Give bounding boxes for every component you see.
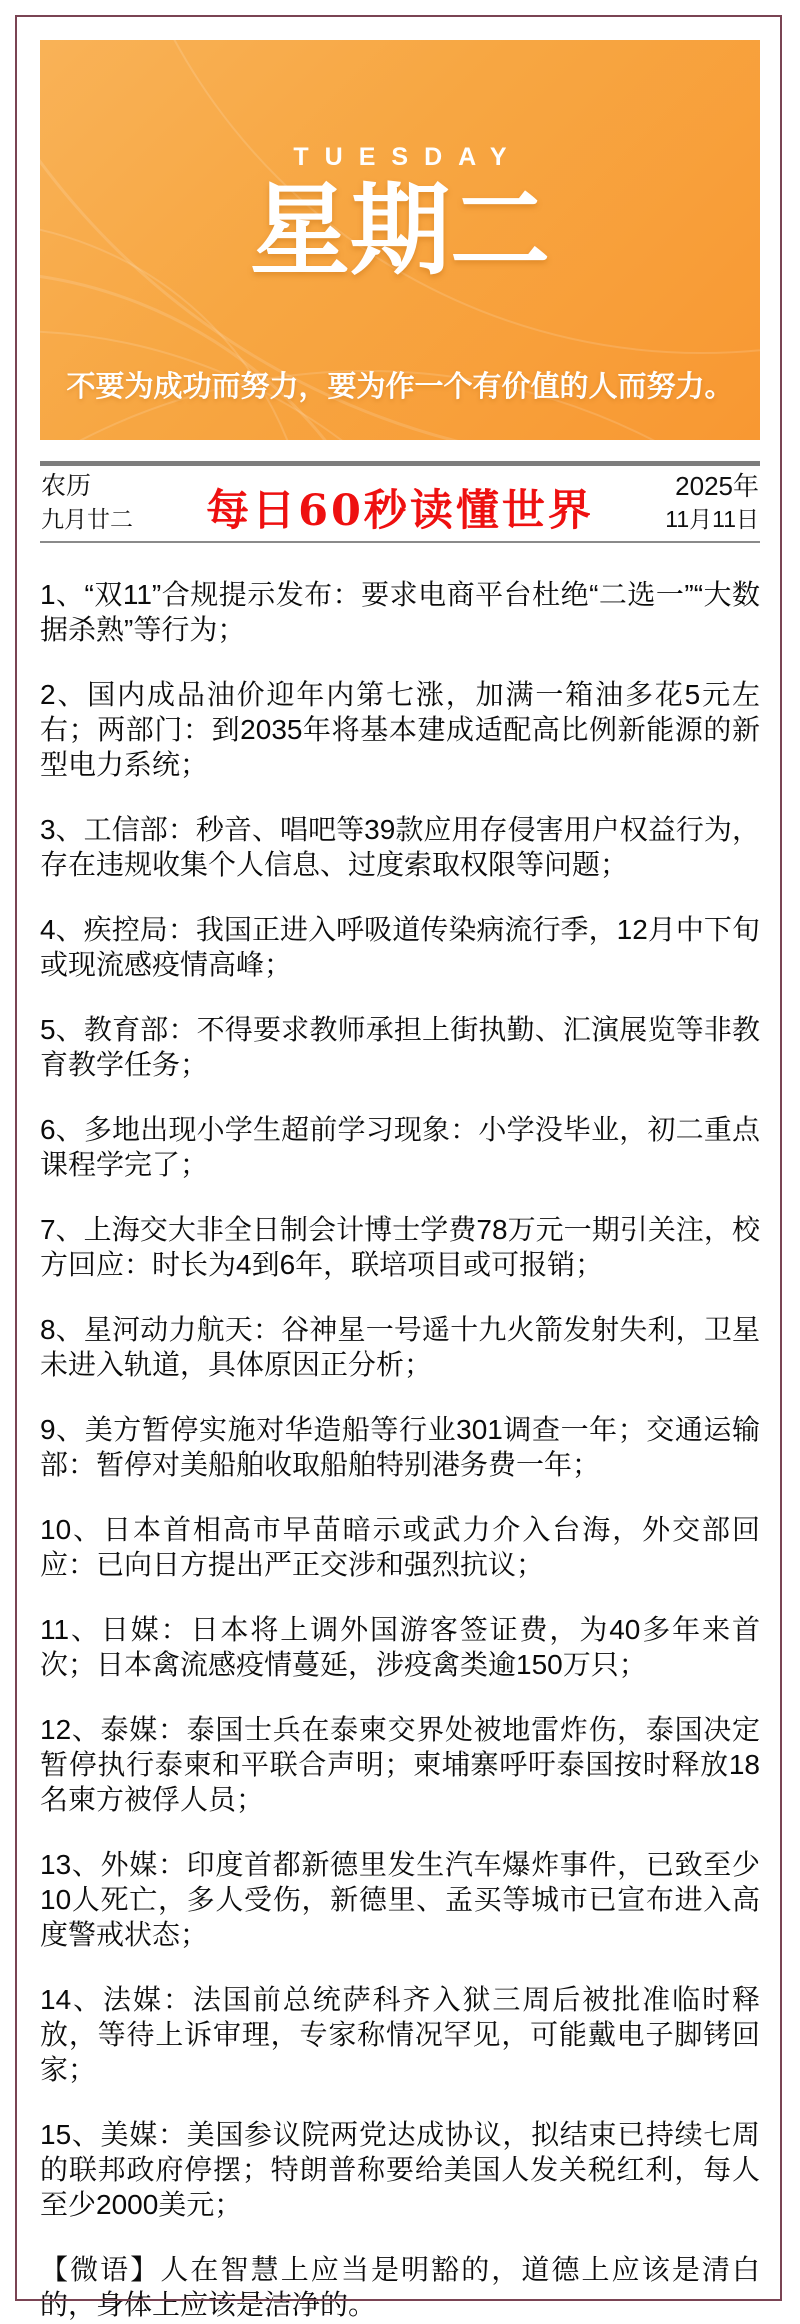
news-item: 10、日本首相高市早苗暗示或武力介入台海，外交部回应：已向日方提出严正交涉和强烈… bbox=[40, 1512, 760, 1582]
news-item: 7、上海交大非全日制会计博士学费78万元一期引关注，校方回应：时长为4到6年，联… bbox=[40, 1212, 760, 1282]
weekday-english: TUESDAY bbox=[40, 143, 760, 172]
gregorian-date-block: 2025年 11月11日 bbox=[665, 470, 759, 537]
year-label: 2025年 bbox=[665, 470, 759, 502]
news-list: 1、“双11”合规提示发布：要求电商平台杜绝“二选一”“大数据杀熟”等行为； 2… bbox=[40, 577, 760, 2322]
divider-bottom bbox=[40, 541, 760, 543]
news-item: 9、美方暂停实施对华造船等行业301调查一年；交通运输部：暂停对美船舶收取船舶特… bbox=[40, 1412, 760, 1482]
news-item: 4、疾控局：我国正进入呼吸道传染病流行季，12月中下旬或现流感疫情高峰； bbox=[40, 912, 760, 982]
news-item: 15、美媒：美国参议院两党达成协议，拟结束已持续七周的联邦政府停摆；特朗普称要给… bbox=[40, 2117, 760, 2222]
date-label: 11月11日 bbox=[665, 502, 759, 537]
news-item: 11、日媒：日本将上调外国游客签证费，为40多年来首次；日本禽流感疫情蔓延，涉疫… bbox=[40, 1612, 760, 1682]
closing-remark: 【微语】人在智慧上应当是明豁的，道德上应该是清白的，身体上应该是洁净的。 bbox=[40, 2252, 760, 2322]
news-item: 5、教育部：不得要求教师承担上街执勤、汇演展览等非教育教学任务； bbox=[40, 1012, 760, 1082]
news-item: 14、法媒：法国前总统萨科齐入狱三周后被批准临时释放，等待上诉审理，专家称情况罕… bbox=[40, 1982, 760, 2087]
news-item: 2、国内成品油价迎年内第七涨，加满一箱油多花5元左右；两部门：到2035年将基本… bbox=[40, 677, 760, 782]
daily-motto: 不要为成功而努力，要为作一个有价值的人而努力。 bbox=[40, 364, 760, 405]
news-item: 8、星河动力航天：谷神星一号遥十九火箭发射失利，卫星未进入轨道，具体原因正分析； bbox=[40, 1312, 760, 1382]
weekday-chinese: 星期二 bbox=[40, 176, 760, 286]
header-banner: TUESDAY 星期二 不要为成功而努力，要为作一个有价值的人而努力。 bbox=[40, 40, 760, 440]
news-item: 12、泰媒：泰国士兵在泰柬交界处被地雷炸伤，泰国决定暂停执行泰柬和平联合声明；柬… bbox=[40, 1712, 760, 1817]
divider-top bbox=[40, 461, 760, 466]
news-item: 6、多地出现小学生超前学习现象：小学没毕业，初二重点课程学完了； bbox=[40, 1112, 760, 1182]
news-item: 13、外媒：印度首都新德里发生汽车爆炸事件，已致至少10人死亡，多人受伤，新德里… bbox=[40, 1847, 760, 1952]
news-item: 1、“双11”合规提示发布：要求电商平台杜绝“二选一”“大数据杀熟”等行为； bbox=[40, 577, 760, 647]
news-item: 3、工信部：秒音、唱吧等39款应用存侵害用户权益行为，存在违规收集个人信息、过度… bbox=[40, 812, 760, 882]
